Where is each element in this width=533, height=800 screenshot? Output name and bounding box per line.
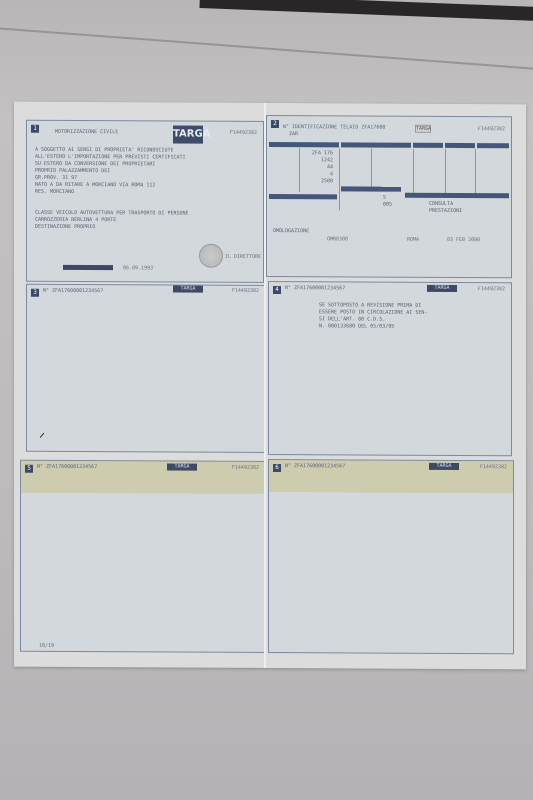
table-header-dimensioni [341, 142, 411, 147]
section-number: 1 [31, 125, 39, 133]
dispositivi-values: CONSULTA PRESTAZIONI [429, 201, 462, 215]
targa-label: TARGA [429, 463, 459, 470]
revision-notes: SE SOTTOPOSTO A REVISIONE PRIMA DI ESSER… [319, 302, 427, 331]
table-header-motore [269, 142, 339, 147]
section-number: 2 [271, 120, 279, 128]
page-number: 18/19 [39, 643, 54, 649]
official-stamp [199, 244, 223, 268]
section-1-text: A SOGGETTO AI SENSI DI PROPRIETA' RICONO… [35, 147, 189, 232]
plate-number: F14492382 [478, 286, 505, 292]
section-number: 3 [31, 289, 39, 297]
section-5: 5 N° ZFA17600001234567 TARGA F14492382 1… [20, 460, 266, 653]
section-number: 4 [273, 286, 281, 294]
table-header-ruote [445, 143, 475, 148]
posti-values: 5 005 [383, 195, 392, 209]
pen-mark [40, 433, 45, 438]
plate-number: F14492382 [480, 464, 507, 470]
plate-number: F14492382 [478, 126, 505, 132]
table-edge-line [0, 26, 533, 73]
targa-label: TARGA [427, 285, 457, 292]
footer-text: 06.09.1993 [123, 265, 153, 271]
section-number: 6 [273, 464, 281, 472]
table-header-pneumatici [477, 143, 509, 148]
plate-number: F14492382 [232, 288, 259, 294]
targa-label: TARGA [173, 125, 203, 143]
omologazione-value: OMR0300 [327, 236, 348, 242]
section-4: 4 N° ZFA17600001234567 TARGA F14492382 S… [268, 281, 512, 456]
section-header: N° ZFA17600001234567 [285, 463, 345, 469]
issue-place: ROMA [407, 237, 419, 243]
section-header: MOTORIZZAZIONE CIVILE [55, 129, 118, 135]
table-edge-dark [199, 0, 533, 23]
stamp-caption: IL DIRETTORE [225, 254, 261, 260]
section-6: 6 N° ZFA17600001234567 TARGA F14492382 [268, 459, 514, 654]
section-header: N° ZFA17600001234567 [285, 285, 345, 291]
center-fold [264, 103, 266, 668]
issue-date: 03 FEB 2000 [447, 237, 480, 243]
targa-label: TARGA [173, 285, 203, 292]
registration-document: 1 MOTORIZZAZIONE CIVILE TARGA F14492382 … [14, 102, 526, 670]
motore-values: ZFA 176 1242 44 4 2500 [303, 150, 333, 185]
targa-label: TARGA [167, 463, 197, 470]
footer-bar [63, 265, 113, 270]
section-1: 1 MOTORIZZAZIONE CIVILE TARGA F14492382 … [26, 120, 264, 283]
plate-number: F14492382 [230, 130, 257, 136]
dispositivi-header [269, 194, 337, 199]
omologazione-row: OMOLOGAZIONE [273, 228, 309, 235]
targa-label: TARGA [415, 125, 431, 133]
section-2: 2 N° IDENTIFICAZIONE TELAIO ZFA17600 ZAR… [266, 115, 512, 278]
plate-number: F14492382 [232, 465, 259, 471]
section-header: N° ZFA17600001234567 [37, 464, 97, 470]
freni-header [405, 193, 509, 199]
section-header: N° ZFA17600001234567 [43, 288, 103, 294]
table-header-pesi [413, 143, 443, 148]
section-header-sub: ZAR [289, 131, 298, 137]
section-number: 5 [25, 465, 33, 473]
section-header: N° IDENTIFICAZIONE TELAIO ZFA17600 [283, 124, 385, 131]
posti-header [341, 186, 401, 191]
section-3: 3 N° ZFA17600001234567 TARGA F14492382 [26, 284, 266, 453]
